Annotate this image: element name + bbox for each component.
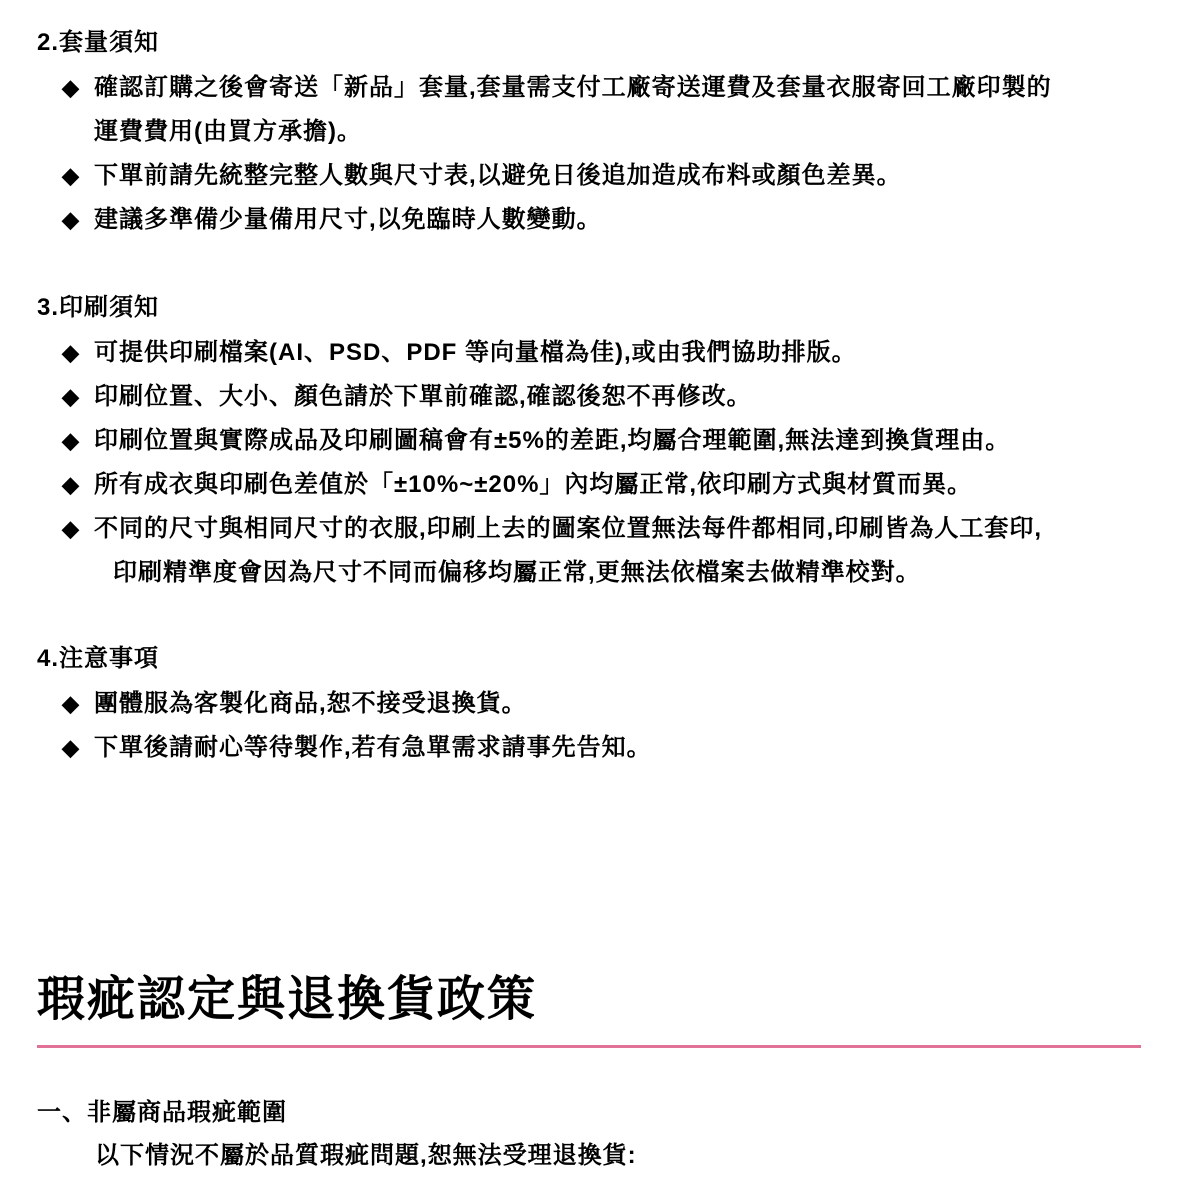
bullet-line: 所有成衣與印刷色差值於「±10%~±20%」內均屬正常,依印刷方式與材質而異。 bbox=[94, 463, 1141, 507]
list-item: ◆ 下單後請耐心等待製作,若有急單需求請事先告知。 bbox=[37, 726, 1141, 770]
bullet-list: ◆ 團體服為客製化商品,恕不接受退換貨。 ◆ 下單後請耐心等待製作,若有急單需求… bbox=[37, 682, 1141, 770]
bullet-line: 運費費用(由買方承擔)。 bbox=[94, 110, 1141, 154]
list-item: ◆ 印刷位置、大小、顏色請於下單前確認,確認後恕不再修改。 bbox=[37, 375, 1141, 419]
list-item: ◆ 確認訂購之後會寄送「新品」套量,套量需支付工廠寄送運費及套量衣服寄回工廠印製… bbox=[37, 66, 1141, 154]
diamond-bullet-icon: ◆ bbox=[62, 419, 94, 463]
bullet-text: 不同的尺寸與相同尺寸的衣服,印刷上去的圖案位置無法每件都相同,印刷皆為人工套印,… bbox=[94, 507, 1141, 595]
diamond-bullet-icon: ◆ bbox=[62, 154, 94, 198]
section-title-printing: 3.印刷須知 bbox=[37, 295, 1141, 321]
diamond-bullet-icon: ◆ bbox=[62, 375, 94, 419]
bullet-text: 確認訂購之後會寄送「新品」套量,套量需支付工廠寄送運費及套量衣服寄回工廠印製的 … bbox=[94, 66, 1141, 154]
list-item: ◆ 下單前請先統整完整人數與尺寸表,以避免日後追加造成布料或顏色差異。 bbox=[37, 154, 1141, 198]
diamond-bullet-icon: ◆ bbox=[62, 682, 94, 726]
bullet-text: 團體服為客製化商品,恕不接受退換貨。 bbox=[94, 682, 1141, 726]
list-item: ◆ 不同的尺寸與相同尺寸的衣服,印刷上去的圖案位置無法每件都相同,印刷皆為人工套… bbox=[37, 507, 1141, 595]
bullet-text: 印刷位置、大小、顏色請於下單前確認,確認後恕不再修改。 bbox=[94, 375, 1141, 419]
bullet-text: 下單前請先統整完整人數與尺寸表,以避免日後追加造成布料或顏色差異。 bbox=[94, 154, 1141, 198]
bullet-line: 印刷精準度會因為尺寸不同而偏移均屬正常,更無法依檔案去做精準校對。 bbox=[94, 551, 1141, 595]
bullet-line: 確認訂購之後會寄送「新品」套量,套量需支付工廠寄送運費及套量衣服寄回工廠印製的 bbox=[94, 66, 1141, 110]
list-item: ◆ 團體服為客製化商品,恕不接受退換貨。 bbox=[37, 682, 1141, 726]
list-item: ◆ 印刷位置與實際成品及印刷圖稿會有±5%的差距,均屬合理範圍,無法達到換貨理由… bbox=[37, 419, 1141, 463]
list-item: ◆ 可提供印刷檔案(AI、PSD、PDF 等向量檔為佳),或由我們協助排版。 bbox=[37, 331, 1141, 375]
bullet-line: 印刷位置、大小、顏色請於下單前確認,確認後恕不再修改。 bbox=[94, 375, 1141, 419]
diamond-bullet-icon: ◆ bbox=[62, 66, 94, 110]
bullet-line: 建議多準備少量備用尺寸,以免臨時人數變動。 bbox=[94, 198, 1141, 242]
subsection-title: 一、非屬商品瑕疵範圍 bbox=[37, 1100, 1141, 1126]
bullet-text: 建議多準備少量備用尺寸,以免臨時人數變動。 bbox=[94, 198, 1141, 242]
bullet-line: 可提供印刷檔案(AI、PSD、PDF 等向量檔為佳),或由我們協助排版。 bbox=[94, 331, 1141, 375]
bullet-line: 下單後請耐心等待製作,若有急單需求請事先告知。 bbox=[94, 726, 1141, 770]
section-title-precautions: 4.注意事項 bbox=[37, 646, 1141, 672]
section-title-sizing: 2.套量須知 bbox=[37, 30, 1141, 56]
list-item: ◆ 所有成衣與印刷色差值於「±10%~±20%」內均屬正常,依印刷方式與材質而異… bbox=[37, 463, 1141, 507]
bullet-list: ◆ 確認訂購之後會寄送「新品」套量,套量需支付工廠寄送運費及套量衣服寄回工廠印製… bbox=[37, 66, 1141, 242]
bullet-line: 不同的尺寸與相同尺寸的衣服,印刷上去的圖案位置無法每件都相同,印刷皆為人工套印, bbox=[94, 507, 1141, 551]
diamond-bullet-icon: ◆ bbox=[62, 507, 94, 551]
diamond-bullet-icon: ◆ bbox=[62, 726, 94, 770]
bullet-line: 印刷位置與實際成品及印刷圖稿會有±5%的差距,均屬合理範圍,無法達到換貨理由。 bbox=[94, 419, 1141, 463]
diamond-bullet-icon: ◆ bbox=[62, 331, 94, 375]
section-sizing-notes: 2.套量須知 ◆ 確認訂購之後會寄送「新品」套量,套量需支付工廠寄送運費及套量衣… bbox=[37, 30, 1141, 242]
bullet-line: 下單前請先統整完整人數與尺寸表,以避免日後追加造成布料或顏色差異。 bbox=[94, 154, 1141, 198]
subsection-intro: 以下情況不屬於品質瑕疵問題,恕無法受理退換貨: bbox=[37, 1140, 1141, 1172]
bullet-line: 團體服為客製化商品,恕不接受退換貨。 bbox=[94, 682, 1141, 726]
list-item: ◆ 建議多準備少量備用尺寸,以免臨時人數變動。 bbox=[37, 198, 1141, 242]
bullet-text: 可提供印刷檔案(AI、PSD、PDF 等向量檔為佳),或由我們協助排版。 bbox=[94, 331, 1141, 375]
bullet-text: 印刷位置與實際成品及印刷圖稿會有±5%的差距,均屬合理範圍,無法達到換貨理由。 bbox=[94, 419, 1141, 463]
section-printing-notes: 3.印刷須知 ◆ 可提供印刷檔案(AI、PSD、PDF 等向量檔為佳),或由我們… bbox=[37, 295, 1141, 595]
section-precautions: 4.注意事項 ◆ 團體服為客製化商品,恕不接受退換貨。 ◆ 下單後請耐心等待製作… bbox=[37, 646, 1141, 770]
bullet-list: ◆ 可提供印刷檔案(AI、PSD、PDF 等向量檔為佳),或由我們協助排版。 ◆… bbox=[37, 331, 1141, 595]
diamond-bullet-icon: ◆ bbox=[62, 198, 94, 242]
bullet-text: 下單後請耐心等待製作,若有急單需求請事先告知。 bbox=[94, 726, 1141, 770]
section-divider bbox=[37, 1045, 1141, 1048]
bullet-text: 所有成衣與印刷色差值於「±10%~±20%」內均屬正常,依印刷方式與材質而異。 bbox=[94, 463, 1141, 507]
policy-document: 2.套量須知 ◆ 確認訂購之後會寄送「新品」套量,套量需支付工廠寄送運費及套量衣… bbox=[0, 0, 1181, 1181]
diamond-bullet-icon: ◆ bbox=[62, 463, 94, 507]
page-title: 瑕疵認定與退換貨政策 bbox=[37, 973, 1141, 1027]
